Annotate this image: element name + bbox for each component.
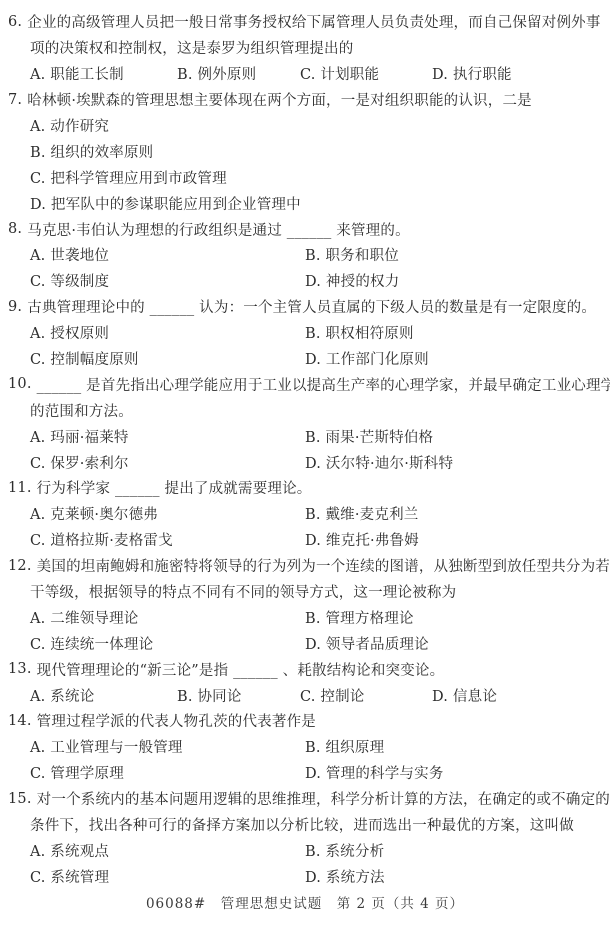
question-11: 11. 行为科学家 ______ 提出了成就需要理论。 A. 克莱顿·奥尔德弗 … <box>0 475 610 553</box>
option-d: D. 领导者品质理论 <box>305 633 610 654</box>
option-a: A. 动作研究 <box>0 113 610 139</box>
question-9: 9. 古典管理理论中的 ______ 认为：一个主管人员直属的下级人员的数量是有… <box>0 294 610 372</box>
option-c: C. 等级制度 <box>30 270 305 291</box>
options-row: A. 系统观点 B. 系统分析 <box>0 838 610 864</box>
options-row: C. 等级制度 D. 神授的权力 <box>0 268 610 294</box>
option-c: C. 管理学原理 <box>30 762 305 783</box>
question-stem: 8. 马克思·韦伯认为理想的行政组织是通过 ______ 来管理的。 <box>0 216 610 242</box>
page-footer: 06088# 管理思想史试题 第 2 页（共 4 页） <box>0 889 610 915</box>
question-8: 8. 马克思·韦伯认为理想的行政组织是通过 ______ 来管理的。 A. 世袭… <box>0 216 610 294</box>
option-b: B. 组织原理 <box>305 736 610 757</box>
options-row: A. 职能工长制 B. 例外原则 C. 计划职能 D. 执行职能 <box>0 61 610 87</box>
question-stem: 14. 管理过程学派的代表人物孔茨的代表著作是 <box>0 708 610 734</box>
question-number: 15. <box>8 791 32 807</box>
question-number: 12. <box>8 558 32 574</box>
option-d: D. 把军队中的参谋职能应用到企业管理中 <box>0 190 610 216</box>
options-row: C. 道格拉斯·麦格雷戈 D. 维克托·弗鲁姆 <box>0 527 610 553</box>
option-d: D. 工作部门化原则 <box>305 348 610 369</box>
option-c: C. 系统管理 <box>30 866 305 887</box>
question-7: 7. 哈林顿·埃默森的管理思想主要体现在两个方面，一是对组织职能的认识，二是 A… <box>0 87 610 216</box>
option-c: C. 保罗·索利尔 <box>30 452 305 473</box>
option-a: A. 玛丽·福莱特 <box>30 426 305 447</box>
question-stem-line: 对一个系统内的基本问题用逻辑的思维推理，科学分析计算的方法，在确定的或不确定的 <box>37 788 610 809</box>
footer-text: 06088# 管理思想史试题 第 2 页（共 4 页） <box>146 892 464 912</box>
option-b: B. 职权相符原则 <box>305 322 610 343</box>
exam-page: 6. 企业的高级管理人员把一般日常事务授权给下属管理人员负责处理，而自己保留对例… <box>0 0 610 929</box>
option-a: A. 二维领导理论 <box>30 607 305 628</box>
option-b: B. 例外原则 <box>177 63 300 84</box>
option-c: C. 连续统一体理论 <box>30 633 305 654</box>
option-d: D. 信息论 <box>432 685 610 706</box>
option-a: A. 授权原则 <box>30 322 305 343</box>
option-a: A. 系统观点 <box>30 840 305 861</box>
question-stem-line: 条件下，找出各种可行的备择方案加以分析比较，进而选出一种最优的方案，这叫做 <box>0 812 610 838</box>
options-row: A. 二维领导理论 B. 管理方格理论 <box>0 604 610 630</box>
options-row: A. 系统论 B. 协同论 C. 控制论 D. 信息论 <box>0 682 610 708</box>
question-stem: 7. 哈林顿·埃默森的管理思想主要体现在两个方面，一是对组织职能的认识，二是 <box>0 87 610 113</box>
option-d: D. 系统方法 <box>305 866 610 887</box>
options-row: A. 世袭地位 B. 职务和职位 <box>0 242 610 268</box>
option-b: B. 协同论 <box>177 685 300 706</box>
question-stem: 11. 行为科学家 ______ 提出了成就需要理论。 <box>0 475 610 501</box>
option-b: B. 雨果·芒斯特伯格 <box>305 426 610 447</box>
question-13: 13. 现代管理理论的“新三论”是指 ______ 、耗散结构论和突变论。 A.… <box>0 656 610 708</box>
options-row: A. 玛丽·福莱特 B. 雨果·芒斯特伯格 <box>0 423 610 449</box>
question-number: 7. <box>8 92 22 108</box>
question-number: 9. <box>8 299 22 315</box>
option-c: C. 把科学管理应用到市政管理 <box>0 164 610 190</box>
options-row: C. 系统管理 D. 系统方法 <box>0 863 610 889</box>
question-stem-line: 美国的坦南鲍姆和施密特将领导的行为列为一个连续的图谱，从独断型到放任型共分为若 <box>37 555 610 576</box>
option-b: B. 管理方格理论 <box>305 607 610 628</box>
option-d: D. 沃尔特·迪尔·斯科特 <box>305 452 610 473</box>
options-row: A. 克莱顿·奥尔德弗 B. 戴维·麦克利兰 <box>0 501 610 527</box>
option-b: B. 组织的效率原则 <box>0 138 610 164</box>
option-a: A. 克莱顿·奥尔德弗 <box>30 503 305 524</box>
question-number: 14. <box>8 713 32 729</box>
option-a: A. 工业管理与一般管理 <box>30 736 305 757</box>
option-c: C. 控制论 <box>300 685 432 706</box>
question-stem-line: 哈林顿·埃默森的管理思想主要体现在两个方面，一是对组织职能的认识，二是 <box>27 89 532 110</box>
question-stem: 12. 美国的坦南鲍姆和施密特将领导的行为列为一个连续的图谱，从独断型到放任型共… <box>0 553 610 579</box>
question-stem: 9. 古典管理理论中的 ______ 认为：一个主管人员直属的下级人员的数量是有… <box>0 294 610 320</box>
question-stem-line: 行为科学家 ______ 提出了成就需要理论。 <box>37 477 312 498</box>
question-stem-line: 现代管理理论的“新三论”是指 ______ 、耗散结构论和突变论。 <box>37 659 445 680</box>
option-c: C. 计划职能 <box>300 63 432 84</box>
question-15: 15. 对一个系统内的基本问题用逻辑的思维推理，科学分析计算的方法，在确定的或不… <box>0 786 610 890</box>
question-6: 6. 企业的高级管理人员把一般日常事务授权给下属管理人员负责处理，而自己保留对例… <box>0 9 610 87</box>
option-a: A. 职能工长制 <box>30 63 177 84</box>
options-row: C. 连续统一体理论 D. 领导者品质理论 <box>0 630 610 656</box>
option-b: B. 系统分析 <box>305 840 610 861</box>
options-row: A. 授权原则 B. 职权相符原则 <box>0 320 610 346</box>
option-d: D. 管理的科学与实务 <box>305 762 610 783</box>
question-stem: 6. 企业的高级管理人员把一般日常事务授权给下属管理人员负责处理，而自己保留对例… <box>0 9 610 35</box>
option-b: B. 职务和职位 <box>305 244 610 265</box>
question-10: 10. ______ 是首先指出心理学能应用于工业以提高生产率的心理学家，并最早… <box>0 371 610 475</box>
option-c: C. 道格拉斯·麦格雷戈 <box>30 529 305 550</box>
option-c: C. 控制幅度原则 <box>30 348 305 369</box>
option-b: B. 戴维·麦克利兰 <box>305 503 610 524</box>
question-stem: 10. ______ 是首先指出心理学能应用于工业以提高生产率的心理学家，并最早… <box>0 371 610 397</box>
question-stem-line: 干等级，根据领导的特点不同有不同的领导方式，这一理论被称为 <box>0 579 610 605</box>
question-stem-line: ______ 是首先指出心理学能应用于工业以提高生产率的心理学家，并最早确定工业… <box>37 374 610 395</box>
options-row: C. 保罗·索利尔 D. 沃尔特·迪尔·斯科特 <box>0 449 610 475</box>
question-stem-line: 古典管理理论中的 ______ 认为：一个主管人员直属的下级人员的数量是有一定限… <box>27 296 596 317</box>
option-d: D. 神授的权力 <box>305 270 610 291</box>
question-stem: 13. 现代管理理论的“新三论”是指 ______ 、耗散结构论和突变论。 <box>0 656 610 682</box>
question-number: 10. <box>8 376 32 392</box>
question-number: 6. <box>8 14 22 30</box>
question-stem-line: 管理过程学派的代表人物孔茨的代表著作是 <box>37 710 316 731</box>
question-12: 12. 美国的坦南鲍姆和施密特将领导的行为列为一个连续的图谱，从独断型到放任型共… <box>0 553 610 657</box>
option-d: D. 维克托·弗鲁姆 <box>305 529 610 550</box>
question-number: 11. <box>8 480 32 496</box>
question-stem: 15. 对一个系统内的基本问题用逻辑的思维推理，科学分析计算的方法，在确定的或不… <box>0 786 610 812</box>
question-14: 14. 管理过程学派的代表人物孔茨的代表著作是 A. 工业管理与一般管理 B. … <box>0 708 610 786</box>
option-a: A. 系统论 <box>30 685 177 706</box>
options-row: C. 管理学原理 D. 管理的科学与实务 <box>0 760 610 786</box>
question-number: 13. <box>8 661 32 677</box>
question-stem-line: 马克思·韦伯认为理想的行政组织是通过 ______ 来管理的。 <box>27 219 410 240</box>
question-stem-line: 的范围和方法。 <box>0 397 610 423</box>
option-d: D. 执行职能 <box>432 63 610 84</box>
options-row: A. 工业管理与一般管理 B. 组织原理 <box>0 734 610 760</box>
question-stem-line: 企业的高级管理人员把一般日常事务授权给下属管理人员负责处理，而自己保留对例外事 <box>27 11 600 32</box>
question-stem-line: 项的决策权和控制权，这是泰罗为组织管理提出的 <box>0 35 610 61</box>
options-row: C. 控制幅度原则 D. 工作部门化原则 <box>0 346 610 372</box>
question-number: 8. <box>8 221 22 237</box>
option-a: A. 世袭地位 <box>30 244 305 265</box>
